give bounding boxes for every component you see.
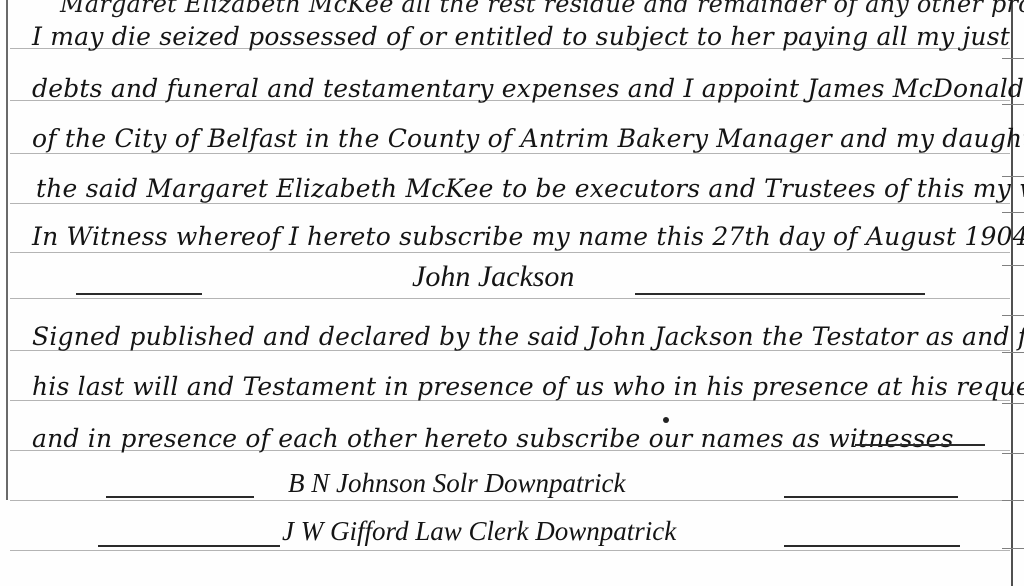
margin-tick: [1002, 212, 1024, 213]
signature-dash: [76, 293, 202, 295]
left-margin-rule: [6, 0, 8, 500]
ruled-line: [10, 203, 1010, 204]
signature-dash: [635, 293, 925, 295]
witness-signature: B N Johnson Solr Downpatrick: [288, 468, 626, 499]
ruled-line: [10, 550, 1010, 551]
testator-signature: John Jackson: [412, 260, 574, 294]
will-text-line: the said Margaret Elizabeth McKee to be …: [36, 174, 1024, 203]
margin-tick: [1002, 58, 1024, 59]
witness-dash: [784, 545, 960, 547]
ruled-line: [10, 153, 1010, 154]
will-text-line: In Witness whereof I hereto subscribe my…: [32, 222, 1024, 251]
witness-signature: J W Gifford Law Clerk Downpatrick: [282, 516, 676, 547]
will-text-line: Margaret Elizabeth McKee all the rest re…: [60, 0, 1024, 18]
will-text-line: debts and funeral and testamentary expen…: [32, 74, 1024, 103]
margin-tick: [1002, 352, 1024, 353]
margin-tick: [1002, 315, 1024, 316]
ruled-line: [10, 500, 1010, 501]
margin-tick: [1002, 104, 1024, 105]
will-text-line: I may die seized possessed of or entitle…: [32, 22, 1010, 51]
witness-dash: [106, 496, 254, 498]
attestation-line: Signed published and declared by the sai…: [32, 322, 1024, 351]
attestation-line: his last will and Testament in presence …: [32, 372, 1024, 401]
attestation-line: and in presence of each other hereto sub…: [32, 424, 954, 453]
will-text-line: of the City of Belfast in the County of …: [32, 124, 1024, 153]
margin-tick: [1002, 548, 1024, 549]
margin-tick: [1002, 500, 1024, 501]
ruled-line: [10, 252, 1010, 253]
margin-tick: [1002, 265, 1024, 266]
witness-dash: [98, 545, 280, 547]
trailing-dash: [855, 444, 985, 446]
ink-blot: [663, 417, 669, 423]
margin-tick: [1002, 403, 1024, 404]
witness-dash: [784, 496, 958, 498]
ruled-line: [10, 298, 1010, 299]
will-page: Margaret Elizabeth McKee all the rest re…: [0, 0, 1024, 586]
margin-tick: [1002, 453, 1024, 454]
